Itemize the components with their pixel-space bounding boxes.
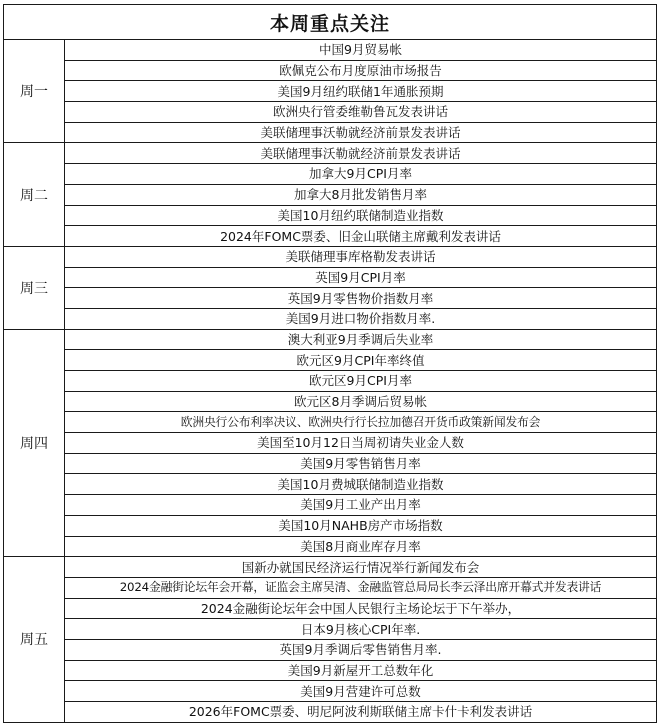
table-row: 美国9月零售销售月率: [4, 453, 657, 474]
day-label: 周一: [4, 40, 65, 143]
event-item: 欧洲央行管委维勒鲁瓦发表讲话: [65, 102, 657, 123]
table-row: 美国至10月12日当周初请失业金人数: [4, 433, 657, 454]
event-item: 美国9月零售销售月率: [65, 453, 657, 474]
table-row: 加拿大8月批发销售月率: [4, 184, 657, 205]
table-row: 美国9月进口物价指数月率.: [4, 308, 657, 329]
weekly-focus-table: 本周重点关注 周一中国9月贸易帐欧佩克公布月度原油市场报告美国9月纽约联储1年通…: [3, 4, 657, 723]
event-item: 澳大利亚9月季调后失业率: [65, 329, 657, 350]
event-item: 日本9月核心CPI年率.: [65, 619, 657, 640]
table-title: 本周重点关注: [4, 5, 657, 40]
day-label: 周四: [4, 329, 65, 557]
event-item: 英国9月CPI月率: [65, 267, 657, 288]
table-row: 英国9月零售物价指数月率: [4, 288, 657, 309]
event-item: 美国9月营建许可总数: [65, 681, 657, 702]
table-row: 欧元区9月CPI月率: [4, 371, 657, 392]
table-row: 英国9月CPI月率: [4, 267, 657, 288]
table-row: 美国10月费城联储制造业指数: [4, 474, 657, 495]
day-label: 周三: [4, 246, 65, 329]
table-row: 美国9月营建许可总数: [4, 681, 657, 702]
table-row: 欧洲央行管委维勒鲁瓦发表讲话: [4, 102, 657, 123]
event-item: 欧元区8月季调后贸易帐: [65, 391, 657, 412]
table-row: 美国8月商业库存月率: [4, 536, 657, 557]
event-item: 欧元区9月CPI年率终值: [65, 350, 657, 371]
table-row: 周二美联储理事沃勒就经济前景发表讲话: [4, 143, 657, 164]
event-item: 欧佩克公布月度原油市场报告: [65, 60, 657, 81]
table-row: 欧元区8月季调后贸易帐: [4, 391, 657, 412]
title-row: 本周重点关注: [4, 5, 657, 40]
event-item: 加拿大9月CPI月率: [65, 164, 657, 185]
table-row: 美国9月纽约联储1年通胀预期: [4, 81, 657, 102]
table-row: 2024金融街论坛年会中国人民银行主场论坛于下午举办，: [4, 598, 657, 619]
event-item: 美国9月工业产出月率: [65, 495, 657, 516]
day-label: 周二: [4, 143, 65, 246]
table-row: 周五国新办就国民经济运行情况举行新闻发布会: [4, 557, 657, 578]
table-row: 英国9月季调后零售销售月率.: [4, 639, 657, 660]
table-row: 美联储理事沃勒就经济前景发表讲话: [4, 122, 657, 143]
table-row: 周四澳大利亚9月季调后失业率: [4, 329, 657, 350]
event-item: 美国9月进口物价指数月率.: [65, 308, 657, 329]
day-label: 周五: [4, 557, 65, 723]
event-item: 英国9月季调后零售销售月率.: [65, 639, 657, 660]
event-item: 国新办就国民经济运行情况举行新闻发布会: [65, 557, 657, 578]
table-row: 美国10月纽约联储制造业指数: [4, 205, 657, 226]
event-item: 2024金融街论坛年会中国人民银行主场论坛于下午举办，: [65, 598, 657, 619]
event-item: 欧洲央行公布利率决议、欧洲央行行长拉加德召开货币政策新闻发布会: [65, 412, 657, 433]
weekly-focus-table-container: 本周重点关注 周一中国9月贸易帐欧佩克公布月度原油市场报告美国9月纽约联储1年通…: [3, 4, 656, 723]
event-item: 2026年FOMC票委、明尼阿波利斯联储主席卡什卡利发表讲话: [65, 702, 657, 723]
table-row: 欧佩克公布月度原油市场报告: [4, 60, 657, 81]
event-item: 美国10月纽约联储制造业指数: [65, 205, 657, 226]
table-row: 2026年FOMC票委、明尼阿波利斯联储主席卡什卡利发表讲话: [4, 702, 657, 723]
table-row: 加拿大9月CPI月率: [4, 164, 657, 185]
table-row: 欧元区9月CPI年率终值: [4, 350, 657, 371]
table-row: 美国9月工业产出月率: [4, 495, 657, 516]
event-item: 英国9月零售物价指数月率: [65, 288, 657, 309]
event-item: 美联储理事沃勒就经济前景发表讲话: [65, 143, 657, 164]
event-item: 美联储理事库格勒发表讲话: [65, 246, 657, 267]
event-item: 欧元区9月CPI月率: [65, 371, 657, 392]
event-item: 美国8月商业库存月率: [65, 536, 657, 557]
event-item: 美国9月新屋开工总数年化: [65, 660, 657, 681]
event-item: 中国9月贸易帐: [65, 40, 657, 61]
table-row: 美国10月NAHB房产市场指数: [4, 515, 657, 536]
event-item: 美国9月纽约联储1年通胀预期: [65, 81, 657, 102]
event-item: 美联储理事沃勒就经济前景发表讲话: [65, 122, 657, 143]
table-row: 欧洲央行公布利率决议、欧洲央行行长拉加德召开货币政策新闻发布会: [4, 412, 657, 433]
event-item: 美国至10月12日当周初请失业金人数: [65, 433, 657, 454]
event-item: 2024年FOMC票委、旧金山联储主席戴利发表讲话: [65, 226, 657, 247]
table-row: 周一中国9月贸易帐: [4, 40, 657, 61]
table-row: 2024年FOMC票委、旧金山联储主席戴利发表讲话: [4, 226, 657, 247]
table-row: 日本9月核心CPI年率.: [4, 619, 657, 640]
event-item: 2024金融街论坛年会开幕，证监会主席吴清、金融监管总局局长李云泽出席开幕式并发…: [65, 577, 657, 598]
table-row: 2024金融街论坛年会开幕，证监会主席吴清、金融监管总局局长李云泽出席开幕式并发…: [4, 577, 657, 598]
event-item: 美国10月NAHB房产市场指数: [65, 515, 657, 536]
table-row: 美国9月新屋开工总数年化: [4, 660, 657, 681]
table-row: 周三美联储理事库格勒发表讲话: [4, 246, 657, 267]
event-item: 加拿大8月批发销售月率: [65, 184, 657, 205]
event-item: 美国10月费城联储制造业指数: [65, 474, 657, 495]
